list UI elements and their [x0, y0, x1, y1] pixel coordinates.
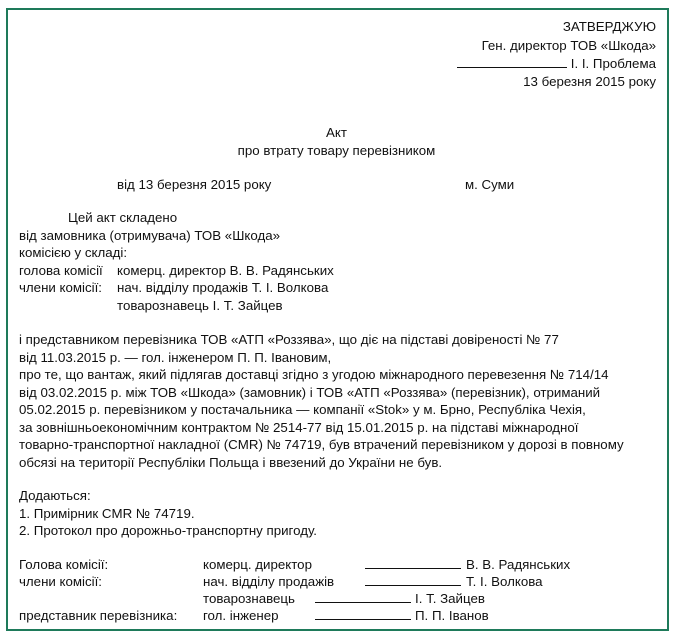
attachment-item: 2. Протокол про дорожньо-транспортну при… [19, 522, 317, 539]
signature-name: І. Т. Зайцев [415, 590, 485, 607]
member-1: нач. відділу продажів Т. І. Волкова [117, 279, 328, 296]
members-label: члени комісії: [19, 279, 102, 296]
act-city: м. Суми [465, 176, 514, 193]
approval-signatory: І. І. Проблема [571, 56, 656, 71]
signature-name: П. П. Іванов [415, 607, 489, 624]
signature-position: нач. відділу продажів [203, 573, 334, 590]
chair-value: комерц. директор В. В. Радянських [117, 262, 334, 279]
signature-role: представник перевізника: [19, 607, 177, 624]
signature-name: Т. І. Волкова [466, 573, 543, 590]
signature-blank [365, 556, 461, 573]
signature-position: товарознавець [203, 590, 295, 607]
signature-blank [315, 590, 411, 607]
act-title: Акт [0, 124, 673, 141]
act-date: від 13 березня 2015 року [117, 176, 271, 193]
chair-label: голова комісії [19, 262, 103, 279]
body-line: від 11.03.2015 р. — гол. інженером П. П.… [19, 349, 331, 366]
approval-signature-line: І. І. Проблема [457, 55, 656, 72]
signature-blank [365, 573, 461, 590]
approval-title: ЗАТВЕРДЖУЮ [563, 18, 656, 35]
body-line: і представником перевізника ТОВ «АТП «Ро… [19, 331, 559, 348]
signature-position: комерц. директор [203, 556, 312, 573]
signature-role: Голова комісії: [19, 556, 108, 573]
approval-date: 13 березня 2015 року [523, 73, 656, 90]
body-line: товарно-транспортної накладної (CMR) № 7… [19, 436, 624, 453]
signature-blank [457, 55, 567, 68]
signature-blank [315, 607, 411, 624]
body-line: від 03.02.2015 р. між ТОВ «Шкода» (замов… [19, 384, 600, 401]
body-line: обсязі на території Республіки Польща і … [19, 454, 442, 471]
approval-position: Ген. директор ТОВ «Шкода» [482, 37, 656, 54]
attachments-title: Додаються: [19, 487, 91, 504]
body-line: про те, що вантаж, який підлягав доставц… [19, 366, 609, 383]
attachment-item: 1. Примірник CMR № 74719. [19, 505, 195, 522]
signature-name: В. В. Радянських [466, 556, 570, 573]
act-subtitle: про втрату товару перевізником [0, 142, 673, 159]
signature-role: члени комісії: [19, 573, 102, 590]
intro-line-2: від замовника (отримувача) ТОВ «Шкода» [19, 227, 280, 244]
signature-position: гол. інженер [203, 607, 279, 624]
intro-line-1: Цей акт складено [68, 209, 177, 226]
body-line: 05.02.2015 р. перевізником у постачальни… [19, 401, 586, 418]
body-line: за зовнішньоекономічним контрактом № 251… [19, 419, 578, 436]
member-2: товарознавець І. Т. Зайцев [117, 297, 283, 314]
intro-line-3: комісією у складі: [19, 244, 127, 261]
